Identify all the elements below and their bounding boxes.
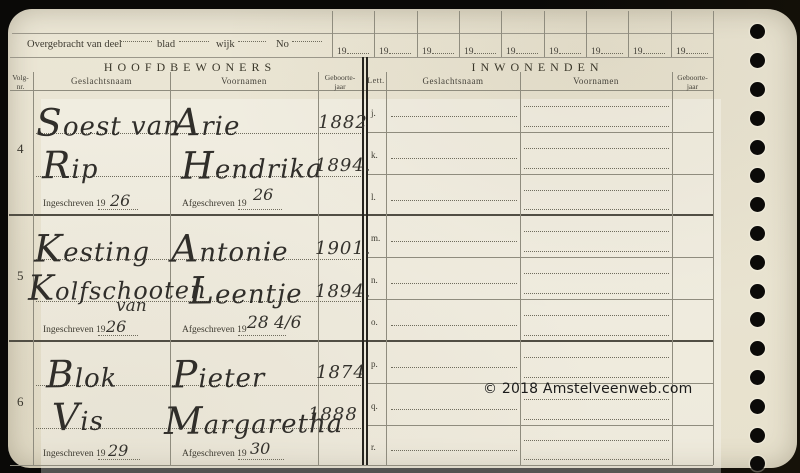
afgeschreven-value: 28 4/6 (247, 313, 301, 333)
blank-dots (516, 44, 538, 54)
punch-hole (750, 111, 765, 126)
blank-dots (524, 399, 669, 400)
blank-dots (524, 231, 669, 232)
blank-dots (524, 190, 669, 191)
blank-dots (524, 440, 669, 441)
afgeschreven-label: Afgeschreven 19 (182, 325, 247, 335)
lett-label: l. (371, 192, 376, 202)
blank-dots (524, 106, 669, 107)
col-header-geboortejaar-right: Geboorte- jaar (672, 73, 713, 91)
year-prefix: 19 (506, 47, 516, 57)
blank-dots (474, 44, 496, 54)
punch-hole (750, 312, 765, 327)
rule-line (367, 132, 713, 133)
col-header-geboortejaar-line1: Geboorte- (677, 73, 707, 82)
year-cell: 19 (549, 41, 581, 59)
rule-line (12, 33, 713, 34)
punch-hole (750, 24, 765, 39)
geslachtsnaam-entry: Vis (52, 395, 104, 440)
blank-dots (524, 315, 669, 316)
year-cell: 19 (464, 41, 496, 59)
blank-dots (524, 126, 669, 127)
ingeschreven-value: 26 (110, 191, 130, 210)
table-right-edge-line (713, 11, 714, 465)
col-header-geboortejaar-line2: jaar (687, 82, 698, 91)
blank-dots (524, 251, 669, 252)
year-cell: 19 (633, 41, 665, 59)
blank-dots (643, 44, 665, 54)
year-cell-line (586, 11, 587, 57)
year-cell-line (544, 11, 545, 57)
lett-label: j. (371, 108, 376, 118)
year-cell: 19 (422, 41, 454, 59)
geslachtsnaam-entry: Soest van (36, 99, 181, 145)
group-divider-line (9, 340, 713, 342)
blank-dots (120, 41, 152, 42)
geboortejaar-entry: 1874 (316, 362, 366, 383)
punch-hole (750, 341, 765, 356)
geslachtsnaam-entry: Kesting (34, 225, 151, 270)
blank-dots (391, 450, 517, 451)
column-line (520, 72, 521, 465)
volgnr: 6 (17, 394, 24, 410)
column-line (672, 72, 673, 465)
ingeschreven-label: Ingeschreven 19 (43, 325, 106, 335)
geboortejaar-entry: 1888 (308, 404, 358, 425)
ingeschreven-value: 29 (108, 441, 128, 460)
blank-dots (524, 273, 669, 274)
year-cell: 19 (506, 41, 538, 59)
punch-hole (750, 140, 765, 155)
year-cell: 19 (591, 41, 623, 59)
column-line (386, 72, 387, 465)
year-cell-line (501, 11, 502, 57)
ingeschreven-value: 26 (106, 317, 126, 336)
lett-label: r. (371, 442, 376, 452)
blank-dots (524, 357, 669, 358)
col-header-geboortejaar-left: Geboorte- jaar (318, 73, 362, 91)
blank-dots (601, 44, 623, 54)
rule-line (367, 299, 713, 300)
voornamen-entry: Antonie (171, 225, 289, 270)
volgnr: 5 (17, 268, 24, 284)
scanned-register-card-page: Overgebracht van deel blad wijk No 19 19… (0, 0, 800, 473)
year-prefix: 19 (464, 47, 474, 57)
voornamen-entry: Leentje (189, 267, 303, 312)
punch-hole (750, 255, 765, 270)
transfer-label-blad: blad (157, 39, 175, 50)
punch-hole (750, 53, 765, 68)
afgeschreven-value: 30 (250, 439, 270, 458)
ingeschreven-label: Ingeschreven 19 (43, 449, 106, 459)
geboortejaar-entry: 1901. (315, 238, 372, 259)
col-header-volgnr-line1: Volg- (12, 73, 29, 82)
col-header-voornamen-left: Voornamen (170, 76, 318, 86)
geboortejaar-entry: 1894. (315, 281, 372, 302)
rule-line (367, 425, 713, 426)
year-prefix: 19 (549, 47, 559, 57)
blank-dots (524, 209, 669, 210)
year-prefix: 19 (676, 47, 686, 57)
year-prefix: 19 (591, 47, 601, 57)
year-cell-line (374, 11, 375, 57)
blank-dots (524, 148, 669, 149)
col-header-geslachtsnaam-right: Geslachtsnaam (386, 76, 520, 86)
section-title-hoofdbewoners: HOOFDBEWONERS (60, 60, 320, 75)
punch-hole (750, 284, 765, 299)
group-divider-line (9, 214, 713, 216)
geslachtsnaam-entry: Blok (46, 352, 118, 397)
lett-label: p. (371, 359, 378, 369)
blank-dots (391, 325, 517, 326)
blank-dots (559, 44, 581, 54)
blank-dots (391, 116, 517, 117)
punch-hole (750, 456, 765, 471)
blank-dots (391, 409, 517, 410)
rule-line (367, 174, 713, 175)
blank-dots (292, 41, 322, 42)
blank-dots (391, 367, 517, 368)
punch-hole (750, 428, 765, 443)
geslachtsnaam-entry-sub: van (116, 296, 147, 316)
year-prefix: 19 (337, 47, 347, 57)
blank-dots (686, 44, 708, 54)
lett-label: k. (371, 150, 378, 160)
year-cell: 19 (379, 41, 411, 59)
blank-dots (391, 200, 517, 201)
col-header-geboortejaar-line1: Geboorte- (325, 73, 355, 82)
year-prefix: 19 (422, 47, 432, 57)
blank-dots (524, 459, 669, 460)
punch-hole (750, 197, 765, 212)
blank-dots (391, 283, 517, 284)
copyright-watermark: © 2018 Amstelveenweb.com (483, 381, 693, 397)
afgeschreven-label: Afgeschreven 19 (182, 449, 247, 459)
punch-hole (750, 399, 765, 414)
geboortejaar-entry: 1894. (315, 155, 372, 176)
lett-label: o. (371, 317, 378, 327)
afgeschreven-label: Afgeschreven 19 (182, 199, 247, 209)
ingeschreven-label: Ingeschreven 19 (43, 199, 106, 209)
blank-dots (524, 377, 669, 378)
year-cell-line (459, 11, 460, 57)
year-prefix: 19 (633, 47, 643, 57)
punch-hole (750, 82, 765, 97)
blank-dots (524, 293, 669, 294)
year-cell: 19 (676, 41, 708, 59)
voornamen-entry: Hendrika (181, 142, 323, 187)
blank-dots (179, 41, 209, 42)
blank-dots (238, 209, 282, 210)
rule-line (367, 257, 713, 258)
year-cell-line (417, 11, 418, 57)
year-cell: 19 (337, 41, 369, 59)
section-title-inwonenden: INWONENDEN (415, 60, 660, 75)
blank-dots (524, 335, 669, 336)
geslachtsnaam-entry: Rip (42, 143, 99, 188)
volgnr: 4 (17, 141, 24, 157)
transfer-label-no: No (276, 39, 289, 50)
voornamen-entry: Arie (173, 100, 241, 145)
year-cell-line (671, 11, 672, 57)
col-header-geboortejaar-line2: jaar (334, 82, 345, 91)
lett-label: n. (371, 275, 378, 285)
col-header-volgnr-line2: nr. (17, 82, 25, 91)
punch-hole (750, 370, 765, 385)
blank-dots (389, 44, 411, 54)
geboortejaar-entry: 1882 (318, 112, 368, 133)
lett-label: m. (371, 233, 380, 243)
afgeschreven-value: 26 (253, 185, 273, 204)
lett-label: q. (371, 401, 378, 411)
voornamen-entry: Pieter (172, 352, 266, 397)
blank-dots (391, 241, 517, 242)
rule-line (10, 465, 713, 466)
col-header-lett: Lett. (366, 76, 386, 85)
blank-dots (391, 158, 517, 159)
blank-dots (524, 419, 669, 420)
blank-dots (238, 459, 284, 460)
blank-dots (238, 335, 286, 336)
blank-dots (524, 168, 669, 169)
blank-dots (432, 44, 454, 54)
col-header-volgnr: Volg- nr. (8, 73, 33, 91)
year-cell-line (332, 11, 333, 57)
punch-hole (750, 168, 765, 183)
col-header-geslachtsnaam-left: Geslachtsnaam (33, 76, 170, 86)
transfer-label-wijk: wijk (216, 39, 235, 50)
year-cell-line (628, 11, 629, 57)
punch-hole (750, 226, 765, 241)
year-prefix: 19 (379, 47, 389, 57)
transfer-label-deel: Overgebracht van deel (27, 39, 122, 50)
col-header-voornamen-right: Voornamen (520, 76, 672, 86)
blank-dots (238, 41, 266, 42)
blank-dots (347, 44, 369, 54)
